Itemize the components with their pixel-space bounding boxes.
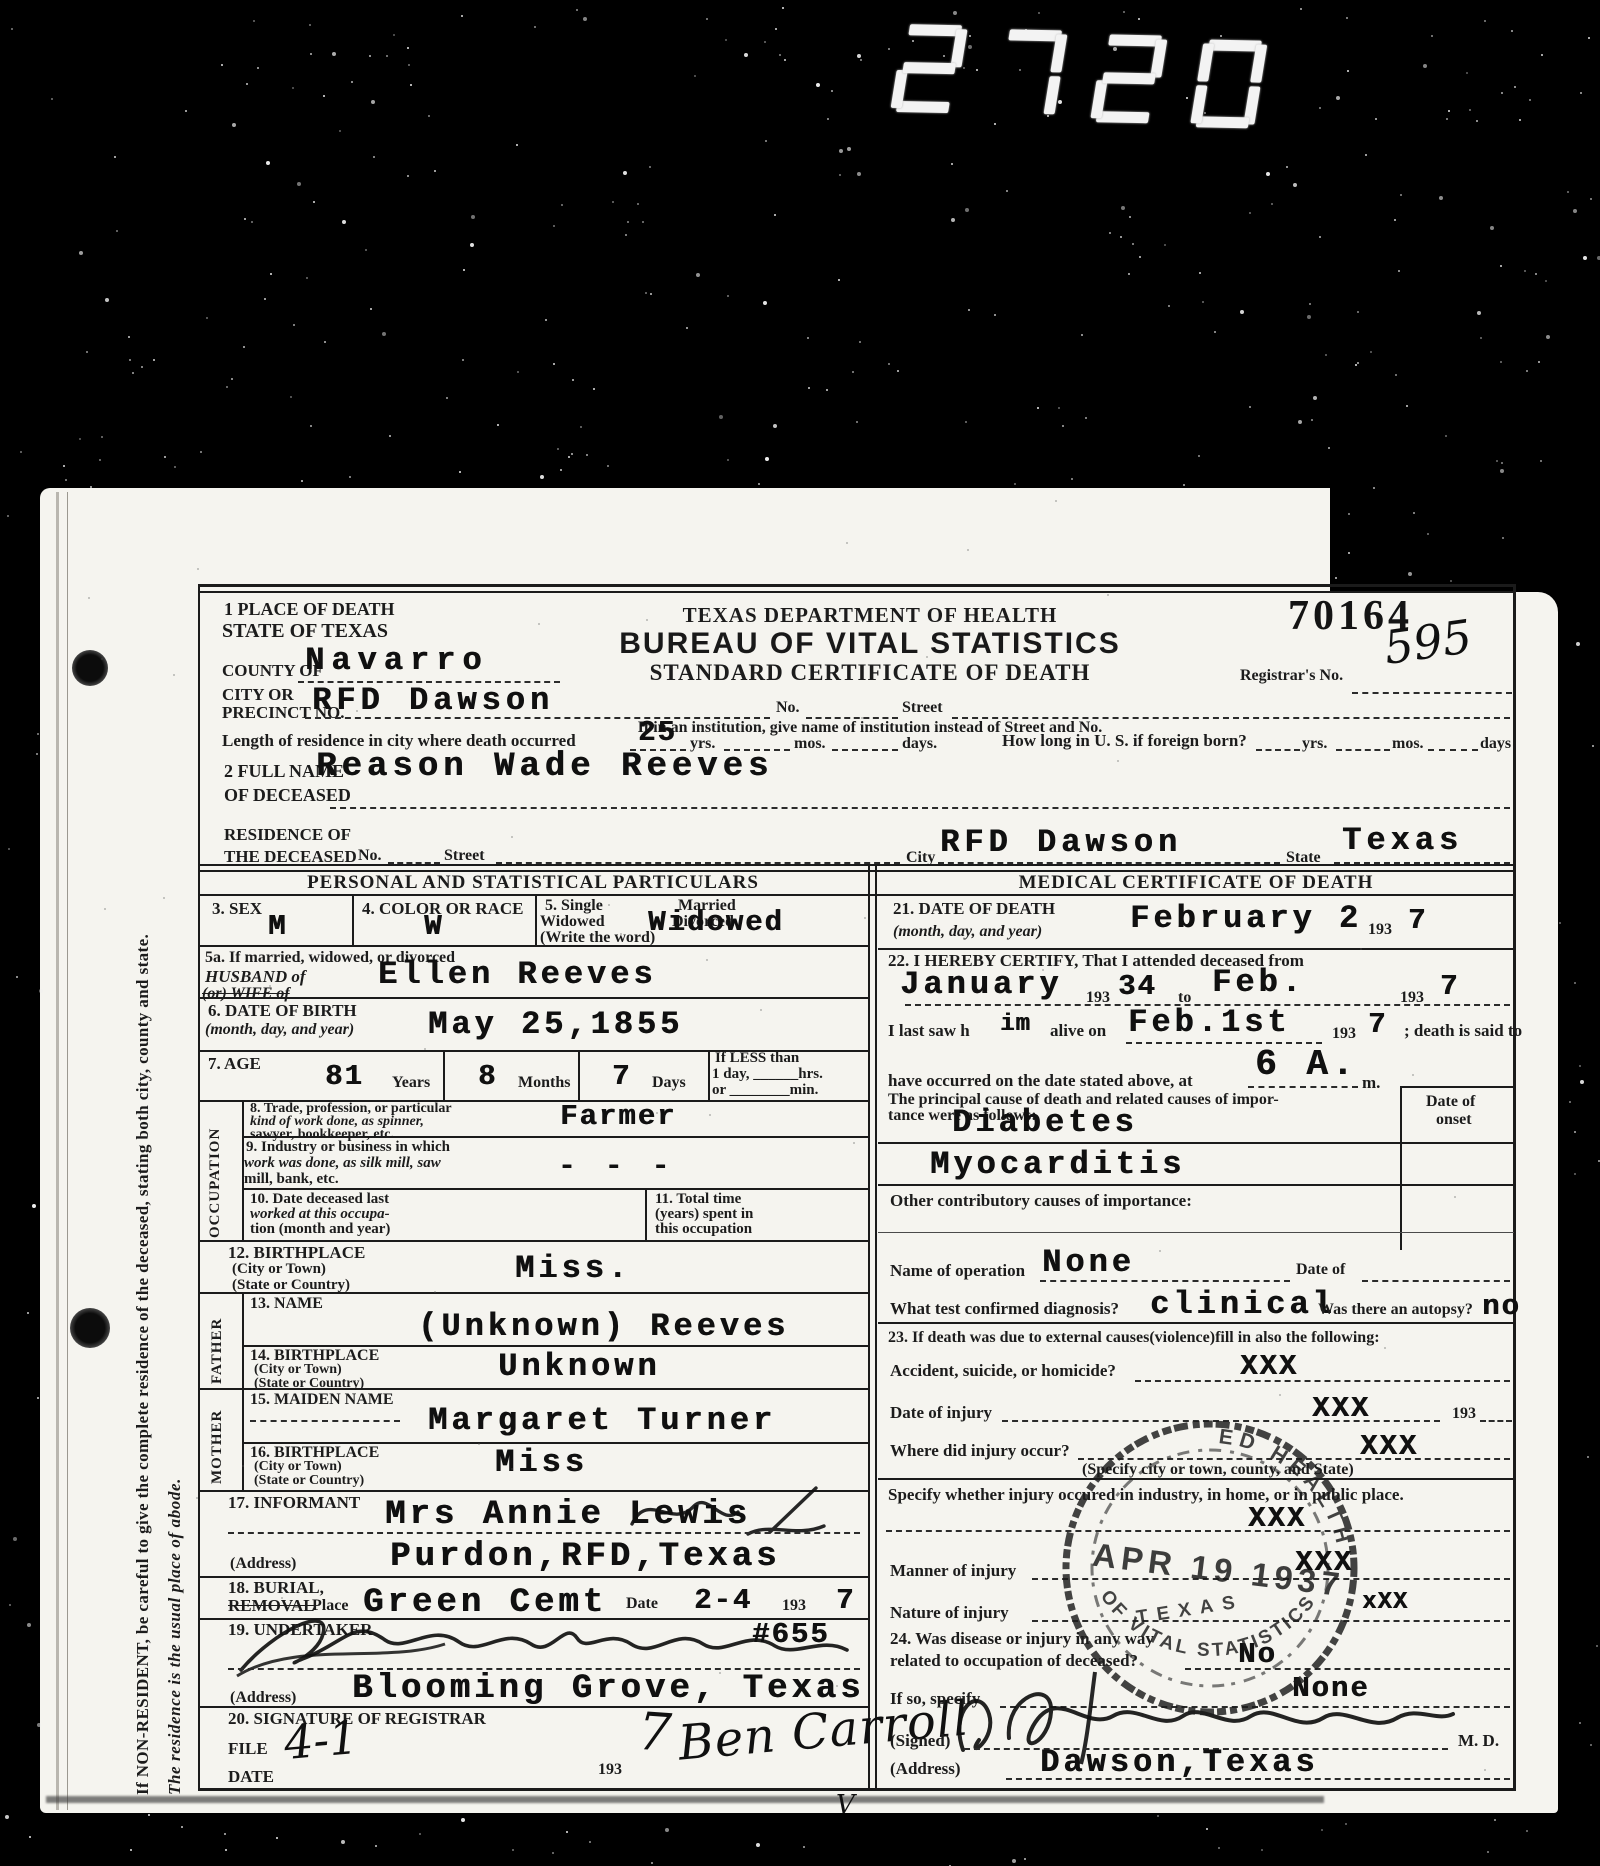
rule-line — [198, 1292, 868, 1294]
city-street-label: Street — [902, 700, 943, 717]
scan-noise — [1128, 273, 1130, 275]
segment — [1102, 72, 1156, 84]
scan-noise — [270, 273, 272, 275]
scan-noise — [1541, 54, 1543, 56]
scan-noise — [446, 397, 448, 399]
scan-noise — [552, 1852, 554, 1854]
scan-noise — [63, 465, 65, 467]
last-saw-date-value: Feb.1st — [1128, 1006, 1290, 1040]
scan-noise — [1319, 236, 1321, 238]
scan-noise — [36, 753, 38, 755]
paper-speck — [234, 977, 236, 979]
scan-noise — [1373, 487, 1375, 489]
scan-noise — [686, 327, 688, 329]
scan-noise — [1214, 331, 1216, 333]
scan-noise — [257, 67, 259, 69]
rule-line — [1400, 1086, 1402, 1250]
scan-noise — [297, 182, 301, 186]
scan-noise — [831, 90, 833, 92]
decor — [632, 1488, 824, 1534]
scan-noise — [1588, 37, 1590, 39]
father-name-value: (Unknown) Reeves — [418, 1310, 789, 1344]
scan-noise — [758, 483, 760, 485]
scan-noise — [65, 479, 67, 481]
scan-noise — [696, 273, 700, 277]
scan-noise — [1206, 1828, 1208, 1830]
scan-noise — [593, 388, 595, 390]
scan-noise — [1037, 407, 1039, 409]
other-contributory-label: Other contributory causes of importance: — [890, 1192, 1192, 1210]
mother-side-label: MOTHER — [210, 1396, 226, 1484]
scan-noise — [341, 1840, 345, 1844]
rule-line — [878, 1184, 1514, 1186]
operation-label: Name of operation — [890, 1262, 1025, 1280]
sex-label: 3. SEX — [212, 900, 262, 918]
scan-noise — [719, 415, 723, 419]
scan-noise — [1450, 580, 1452, 582]
rule-line — [242, 1388, 244, 1490]
paper-speck — [608, 904, 610, 906]
scan-noise — [393, 34, 395, 36]
scan-noise — [407, 175, 409, 177]
injury-date-label: Date of injury — [890, 1404, 992, 1422]
scan-noise — [852, 371, 854, 373]
scan-noise — [1400, 194, 1402, 196]
scan-noise — [782, 7, 784, 9]
bureau-title: BUREAU OF VITAL STATISTICS — [520, 628, 1220, 660]
scan-noise — [968, 309, 970, 311]
paper-speck — [480, 878, 482, 880]
scan-noise — [888, 363, 890, 365]
rule-line — [198, 945, 868, 947]
paper-speck — [706, 959, 708, 961]
scan-noise — [181, 1826, 183, 1828]
scan-noise — [1500, 469, 1504, 473]
scan-noise — [808, 387, 810, 389]
punch-hole — [70, 1308, 110, 1348]
scan-noise — [1445, 435, 1447, 437]
m-label: m. — [1362, 1074, 1380, 1092]
paper-speck — [272, 1134, 274, 1136]
fullname-value: Reason Wade Reeves — [316, 750, 773, 786]
rule-line — [443, 1050, 445, 1100]
scan-noise — [706, 18, 708, 20]
dotted-leader — [1362, 1280, 1510, 1282]
scan-noise — [763, 301, 767, 305]
scan-noise — [471, 215, 475, 219]
scan-noise — [1085, 417, 1087, 419]
scan-noise — [225, 1849, 227, 1851]
informant-scribble — [620, 1482, 850, 1544]
segment — [896, 101, 950, 113]
scan-noise — [1446, 118, 1448, 120]
scan-noise — [764, 41, 766, 43]
scan-noise — [1596, 1645, 1598, 1647]
scan-noise — [9, 1604, 11, 1606]
scan-noise — [1500, 265, 1502, 267]
rule-line — [198, 1788, 1516, 1791]
nature-of-injury-label: Nature of injury — [890, 1604, 1009, 1622]
last-saw-label: I last saw h — [888, 1022, 970, 1040]
mother-name-value: Margaret Turner — [428, 1404, 776, 1438]
scan-noise — [1335, 577, 1337, 579]
scan-noise — [1540, 460, 1542, 462]
md-label: M. D. — [1458, 1732, 1499, 1750]
scan-noise — [309, 24, 311, 26]
item12-sub-1: (City or Town) — [232, 1262, 326, 1278]
scan-noise — [86, 351, 88, 353]
scan-noise — [568, 456, 570, 458]
paper-speck — [861, 717, 863, 719]
scan-noise — [1014, 483, 1016, 485]
occupation-side-label: OCCUPATION — [208, 1104, 224, 1238]
scan-noise — [1186, 97, 1188, 99]
scan-noise — [290, 396, 292, 398]
state-of-texas-label: STATE OF TEXAS — [222, 621, 388, 642]
scan-noise — [665, 1828, 669, 1832]
scan-noise — [645, 292, 647, 294]
scan-noise — [1576, 642, 1580, 646]
scan-noise — [897, 370, 899, 372]
received-stamp: ED HEALTH OF VITAL STATISTICS TEXAS APR … — [1040, 1408, 1380, 1738]
scan-noise — [1579, 1722, 1581, 1724]
scan-noise — [200, 451, 202, 453]
item16-sub-2: (State or Country) — [254, 1474, 364, 1489]
scan-noise — [408, 64, 410, 66]
occupation-value: Farmer — [560, 1102, 676, 1132]
item10-label-3: tion (month and year) — [250, 1222, 390, 1238]
scan-noise — [462, 359, 464, 361]
paper-speck — [434, 1291, 436, 1293]
paper-speck — [101, 658, 103, 660]
scan-noise — [7, 515, 9, 517]
scan-noise — [1567, 191, 1569, 193]
cause-of-death-2: Myocarditis — [930, 1148, 1185, 1182]
scan-noise — [803, 1846, 805, 1848]
scan-noise — [1519, 119, 1521, 121]
scan-noise — [459, 471, 461, 473]
scan-noise — [251, 221, 253, 223]
scan-noise — [1347, 70, 1349, 72]
item18-label: 18. BURIAL, — [228, 1579, 324, 1597]
rule-line — [242, 1188, 868, 1190]
scan-noise — [516, 144, 518, 146]
scan-noise — [1298, 420, 1302, 424]
residence-label-1: RESIDENCE OF — [224, 826, 351, 844]
rule-line — [878, 948, 1514, 950]
scan-noise — [276, 1837, 278, 1839]
scan-noise — [310, 425, 312, 427]
scan-noise — [313, 201, 315, 203]
scan-noise — [371, 100, 375, 104]
scan-noise — [1309, 303, 1311, 305]
scan-noise — [5, 1815, 9, 1819]
paper-speck — [1279, 1394, 1281, 1396]
death-time-value: 6 A. — [1255, 1046, 1357, 1084]
scan-noise — [839, 149, 843, 153]
informant-address-label: (Address) — [230, 1556, 296, 1573]
scan-noise — [461, 15, 463, 17]
scan-noise — [332, 52, 336, 56]
scan-noise — [1123, 11, 1125, 13]
scan-noise — [1047, 115, 1049, 117]
scan-noise — [1293, 183, 1297, 187]
scan-noise — [860, 59, 862, 61]
scan-noise — [99, 459, 101, 461]
scan-noise — [153, 359, 155, 361]
scan-noise — [1058, 100, 1062, 104]
scan-noise — [27, 1623, 31, 1627]
dob-sub-label: (month, day, and year) — [205, 1022, 354, 1039]
alive-on-label: alive on — [1050, 1022, 1106, 1040]
attended-to-value: Feb. — [1212, 966, 1305, 1000]
scan-noise — [775, 28, 777, 30]
dob-label: 6. DATE OF BIRTH — [208, 1002, 357, 1020]
scan-noise — [784, 59, 786, 61]
scan-noise — [566, 1831, 568, 1833]
accident-label: Accident, suicide, or homicide? — [890, 1362, 1116, 1380]
scan-noise — [463, 269, 465, 271]
margin-note-residence: The residence is the usual place of abod… — [166, 900, 184, 1795]
dotted-leader — [330, 807, 1510, 809]
scan-noise — [349, 476, 351, 478]
item13-label: 13. NAME — [250, 1296, 323, 1313]
scan-noise — [1487, 1851, 1489, 1853]
accident-value: XXX — [1240, 1352, 1298, 1382]
file-date-value: 4-1 — [282, 1713, 360, 1768]
scan-noise — [1311, 419, 1313, 421]
scan-noise — [1398, 270, 1400, 272]
scan-noise — [534, 26, 536, 28]
scan-noise — [32, 1204, 36, 1208]
segment — [1096, 111, 1150, 123]
scan-noise — [1574, 1173, 1576, 1175]
days-label-2: days — [1480, 736, 1511, 753]
place-of-death-label: 1 PLACE OF DEATH — [224, 600, 395, 619]
age-years-value: 81 — [325, 1062, 364, 1092]
scan-noise — [116, 230, 118, 232]
scan-noise — [649, 166, 651, 168]
scan-noise — [1157, 1815, 1159, 1817]
scan-noise — [128, 336, 130, 338]
rule-line — [708, 1050, 710, 1100]
scan-noise — [497, 424, 499, 426]
dob-value: May 25,1855 — [428, 1008, 683, 1042]
scan-noise — [963, 67, 965, 69]
segment — [908, 24, 962, 36]
last-saw-year-prefix: 193 — [1332, 1026, 1356, 1043]
rule-line — [535, 895, 537, 945]
scan-noise — [912, 40, 914, 42]
scan-noise — [1580, 92, 1582, 94]
scan-noise — [382, 332, 386, 336]
scan-noise — [968, 45, 972, 49]
scan-noise — [243, 346, 245, 348]
scan-noise — [1395, 374, 1397, 376]
scan-noise — [221, 64, 223, 66]
scan-noise — [1300, 8, 1302, 10]
scan-noise — [461, 1818, 465, 1822]
dotted-leader — [1480, 1420, 1512, 1422]
of-deceased-label: OF DECEASED — [224, 786, 351, 805]
scan-noise — [232, 123, 236, 127]
scan-noise — [625, 234, 627, 236]
rule-line — [198, 1240, 868, 1242]
mos-label-2: mos. — [1392, 736, 1424, 753]
rule-line — [645, 1188, 647, 1240]
scan-noise — [969, 35, 971, 37]
item17-label: 17. INFORMANT — [228, 1494, 360, 1512]
scan-noise — [517, 371, 519, 373]
scan-noise — [765, 140, 767, 142]
residence-length-value: 25 — [638, 718, 677, 748]
undertaker-address-value: Blooming Grove, Texas — [352, 1672, 864, 1708]
scan-noise — [1448, 110, 1450, 112]
scan-noise — [623, 171, 627, 175]
manner-of-injury-label: Manner of injury — [890, 1562, 1016, 1580]
residence-street-label: Street — [444, 848, 485, 865]
scan-noise — [1406, 405, 1408, 407]
scan-noise — [11, 28, 13, 30]
scan-noise — [1529, 99, 1531, 101]
stamp-date-text: APR 19 1937 — [1091, 1536, 1347, 1604]
scan-noise — [1062, 425, 1064, 427]
paper-speck — [104, 908, 106, 910]
scan-noise — [756, 1843, 760, 1847]
scan-noise — [1502, 537, 1504, 539]
scan-noise — [1348, 513, 1350, 515]
scan-noise — [1313, 396, 1317, 400]
scan-noise — [226, 386, 228, 388]
file-year-suffix: 7 — [636, 1705, 673, 1762]
scan-noise — [1325, 354, 1327, 356]
scan-noise — [965, 421, 967, 423]
spouse-name-value: Ellen Reeves — [378, 958, 656, 992]
scan-noise — [20, 451, 22, 453]
scan-noise — [129, 359, 131, 361]
scan-noise — [375, 1845, 377, 1847]
item9-label-2: work was done, as silk mill, saw — [244, 1156, 441, 1172]
scan-noise — [342, 220, 346, 224]
death-date-value: February 2 — [1130, 902, 1362, 936]
item15-label: 15. MAIDEN NAME — [250, 1392, 394, 1409]
scan-noise — [561, 204, 563, 206]
scan-noise — [1494, 1819, 1496, 1821]
scan-noise — [1466, 72, 1468, 74]
registrar-no-value: 595 — [1381, 612, 1475, 672]
paper-speck — [509, 910, 511, 912]
dotted-leader — [1248, 1086, 1358, 1088]
to-year-value: 7 — [1440, 972, 1459, 1002]
segment — [1208, 40, 1262, 52]
scan-noise — [1496, 460, 1498, 462]
cause-of-death-1: Diabetes — [952, 1106, 1138, 1140]
scan-noise — [1583, 256, 1587, 260]
scan-noise — [130, 1849, 132, 1851]
scan-noise — [105, 298, 109, 302]
item9-label-1: 9. Industry or business in which — [246, 1140, 450, 1156]
scan-noise — [694, 75, 696, 77]
scan-noise — [1058, 407, 1060, 409]
scan-noise — [141, 366, 143, 368]
scan-noise — [1480, 337, 1482, 339]
scan-noise — [253, 20, 255, 22]
margin-note-nonresident: If NON-RESIDENT, be careful to give the … — [134, 500, 152, 1795]
mos-label: mos. — [794, 736, 826, 753]
rule-line — [878, 1322, 1514, 1324]
scan-noise — [1514, 86, 1516, 88]
item23-label: 23. If death was due to external causes(… — [888, 1330, 1380, 1347]
scan-noise — [301, 480, 303, 482]
rule-line — [198, 584, 1516, 587]
scan-noise — [13, 1537, 17, 1541]
scan-noise — [1012, 1859, 1016, 1863]
paper-speck — [1454, 1196, 1456, 1198]
scan-noise — [888, 48, 890, 50]
scan-noise — [512, 1849, 514, 1851]
scan-noise — [607, 465, 609, 467]
operation-value: None — [1042, 1246, 1135, 1280]
scan-noise — [27, 1312, 29, 1314]
scan-noise — [1198, 455, 1200, 457]
scan-noise — [1490, 226, 1494, 230]
scan-noise — [1501, 462, 1503, 464]
scan-noise — [1427, 533, 1429, 535]
scan-noise — [132, 372, 134, 374]
onset-label-2: onset — [1436, 1112, 1472, 1129]
certificate-title: STANDARD CERTIFICATE OF DEATH — [520, 661, 1220, 685]
scan-noise — [994, 123, 996, 125]
scan-noise — [1590, 1744, 1592, 1746]
scan-noise — [1202, 301, 1204, 303]
rule-line — [1513, 584, 1516, 1791]
rule-line — [198, 1388, 868, 1390]
rule-line — [198, 584, 200, 1791]
file-year-prefix: 193 — [598, 1762, 622, 1779]
paper-speck — [853, 1142, 855, 1144]
stamp-texas-text: TEXAS — [1135, 1591, 1245, 1629]
scan-noise — [1286, 166, 1288, 168]
scan-noise — [1307, 315, 1311, 319]
counter-digit — [990, 29, 1068, 118]
stray-mark: V — [836, 1792, 855, 1819]
scan-noise — [827, 118, 829, 120]
scan-noise — [339, 130, 341, 132]
scan-noise — [1129, 216, 1131, 218]
dotted-leader — [250, 1420, 400, 1422]
scan-noise — [859, 341, 861, 343]
rule-line — [875, 864, 877, 1790]
item21-sub-label: (month, day, and year) — [893, 924, 1042, 941]
paper-speck — [269, 985, 271, 987]
scan-noise — [642, 221, 644, 223]
scan-noise — [1139, 256, 1141, 258]
age-days-value: 7 — [612, 1062, 631, 1092]
marital-status-value: Widowed — [648, 908, 784, 938]
age-months-label: Months — [518, 1075, 570, 1092]
scan-noise — [637, 203, 639, 205]
scan-noise — [373, 156, 375, 158]
scan-noise — [174, 466, 176, 468]
age-label: 7. AGE — [208, 1055, 261, 1073]
scan-noise — [1132, 243, 1134, 245]
scan-noise — [1249, 406, 1251, 408]
segment — [1197, 43, 1214, 81]
scan-noise — [1370, 351, 1372, 353]
dotted-leader — [228, 1532, 860, 1534]
scan-noise — [727, 459, 729, 461]
autopsy-value: no — [1482, 1292, 1521, 1322]
